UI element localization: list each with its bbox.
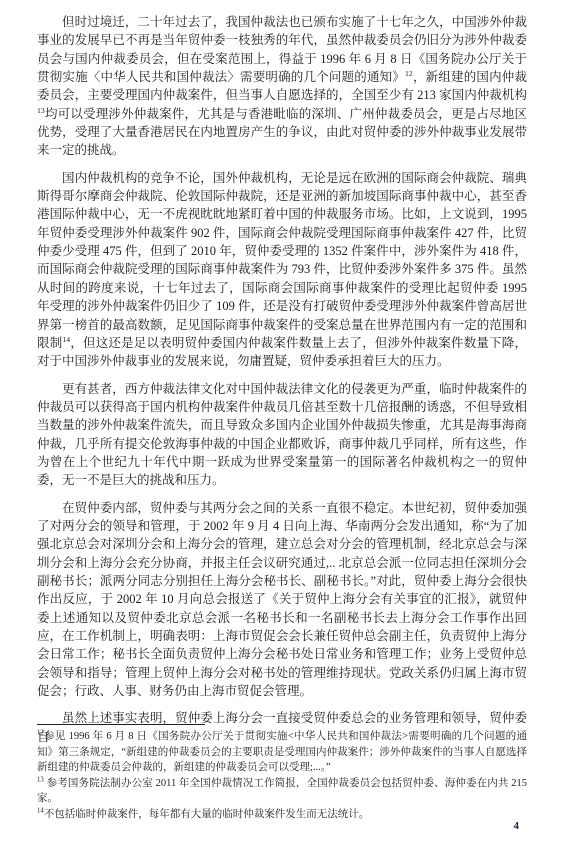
footnote-ref: 14 bbox=[62, 335, 70, 344]
footnote: 13 参考国务院法制办公室 2011 年全国仲裁情况工作简报，全国仲裁委员会包括… bbox=[37, 776, 527, 807]
body-paragraph: 更有甚者，西方仲裁法律文化对中国仲裁法律文化的侵袭更为严重，临时仲裁案件的仲裁员… bbox=[37, 380, 527, 490]
document-body: 但时过境迁，二十年过去了，我国仲裁法也已颁布实施了十七年之久，中国涉外仲裁事业的… bbox=[37, 13, 527, 746]
footnote-marker: 13 bbox=[37, 776, 44, 783]
footnote-separator bbox=[37, 724, 205, 725]
footnote-ref: 12 bbox=[405, 69, 413, 78]
page-number: 4 bbox=[514, 820, 520, 832]
footnote-marker: 14 bbox=[37, 807, 44, 814]
footnote-ref: 13 bbox=[37, 106, 45, 115]
footnotes-section: 12参见 1996 年 6 月 8 日《国务院办公厅关于贯彻实施<中华人民共和国… bbox=[37, 729, 527, 823]
document-page: 但时过境迁，二十年过去了，我国仲裁法也已颁布实施了十七年之久，中国涉外仲裁事业的… bbox=[0, 0, 563, 867]
footnote: 14不包括临时仲裁案件，每年都有大量的临时仲裁案件发生而无法统计。 bbox=[37, 807, 527, 823]
body-paragraph: 在贸仲委内部，贸仲委与其两分会之间的关系一直很不稳定。本世纪初，贸仲委加强了对两… bbox=[37, 499, 527, 701]
body-paragraph: 国内仲裁机构的竞争不论，国外仲裁机构，无论是远在欧洲的国际商会仲裁院、瑞典斯得哥… bbox=[37, 169, 527, 371]
footnote: 12参见 1996 年 6 月 8 日《国务院办公厅关于贯彻实施<中华人民共和国… bbox=[37, 729, 527, 776]
body-paragraph: 但时过境迁，二十年过去了，我国仲裁法也已颁布实施了十七年之久，中国涉外仲裁事业的… bbox=[37, 13, 527, 160]
footnote-marker: 12 bbox=[37, 730, 44, 737]
